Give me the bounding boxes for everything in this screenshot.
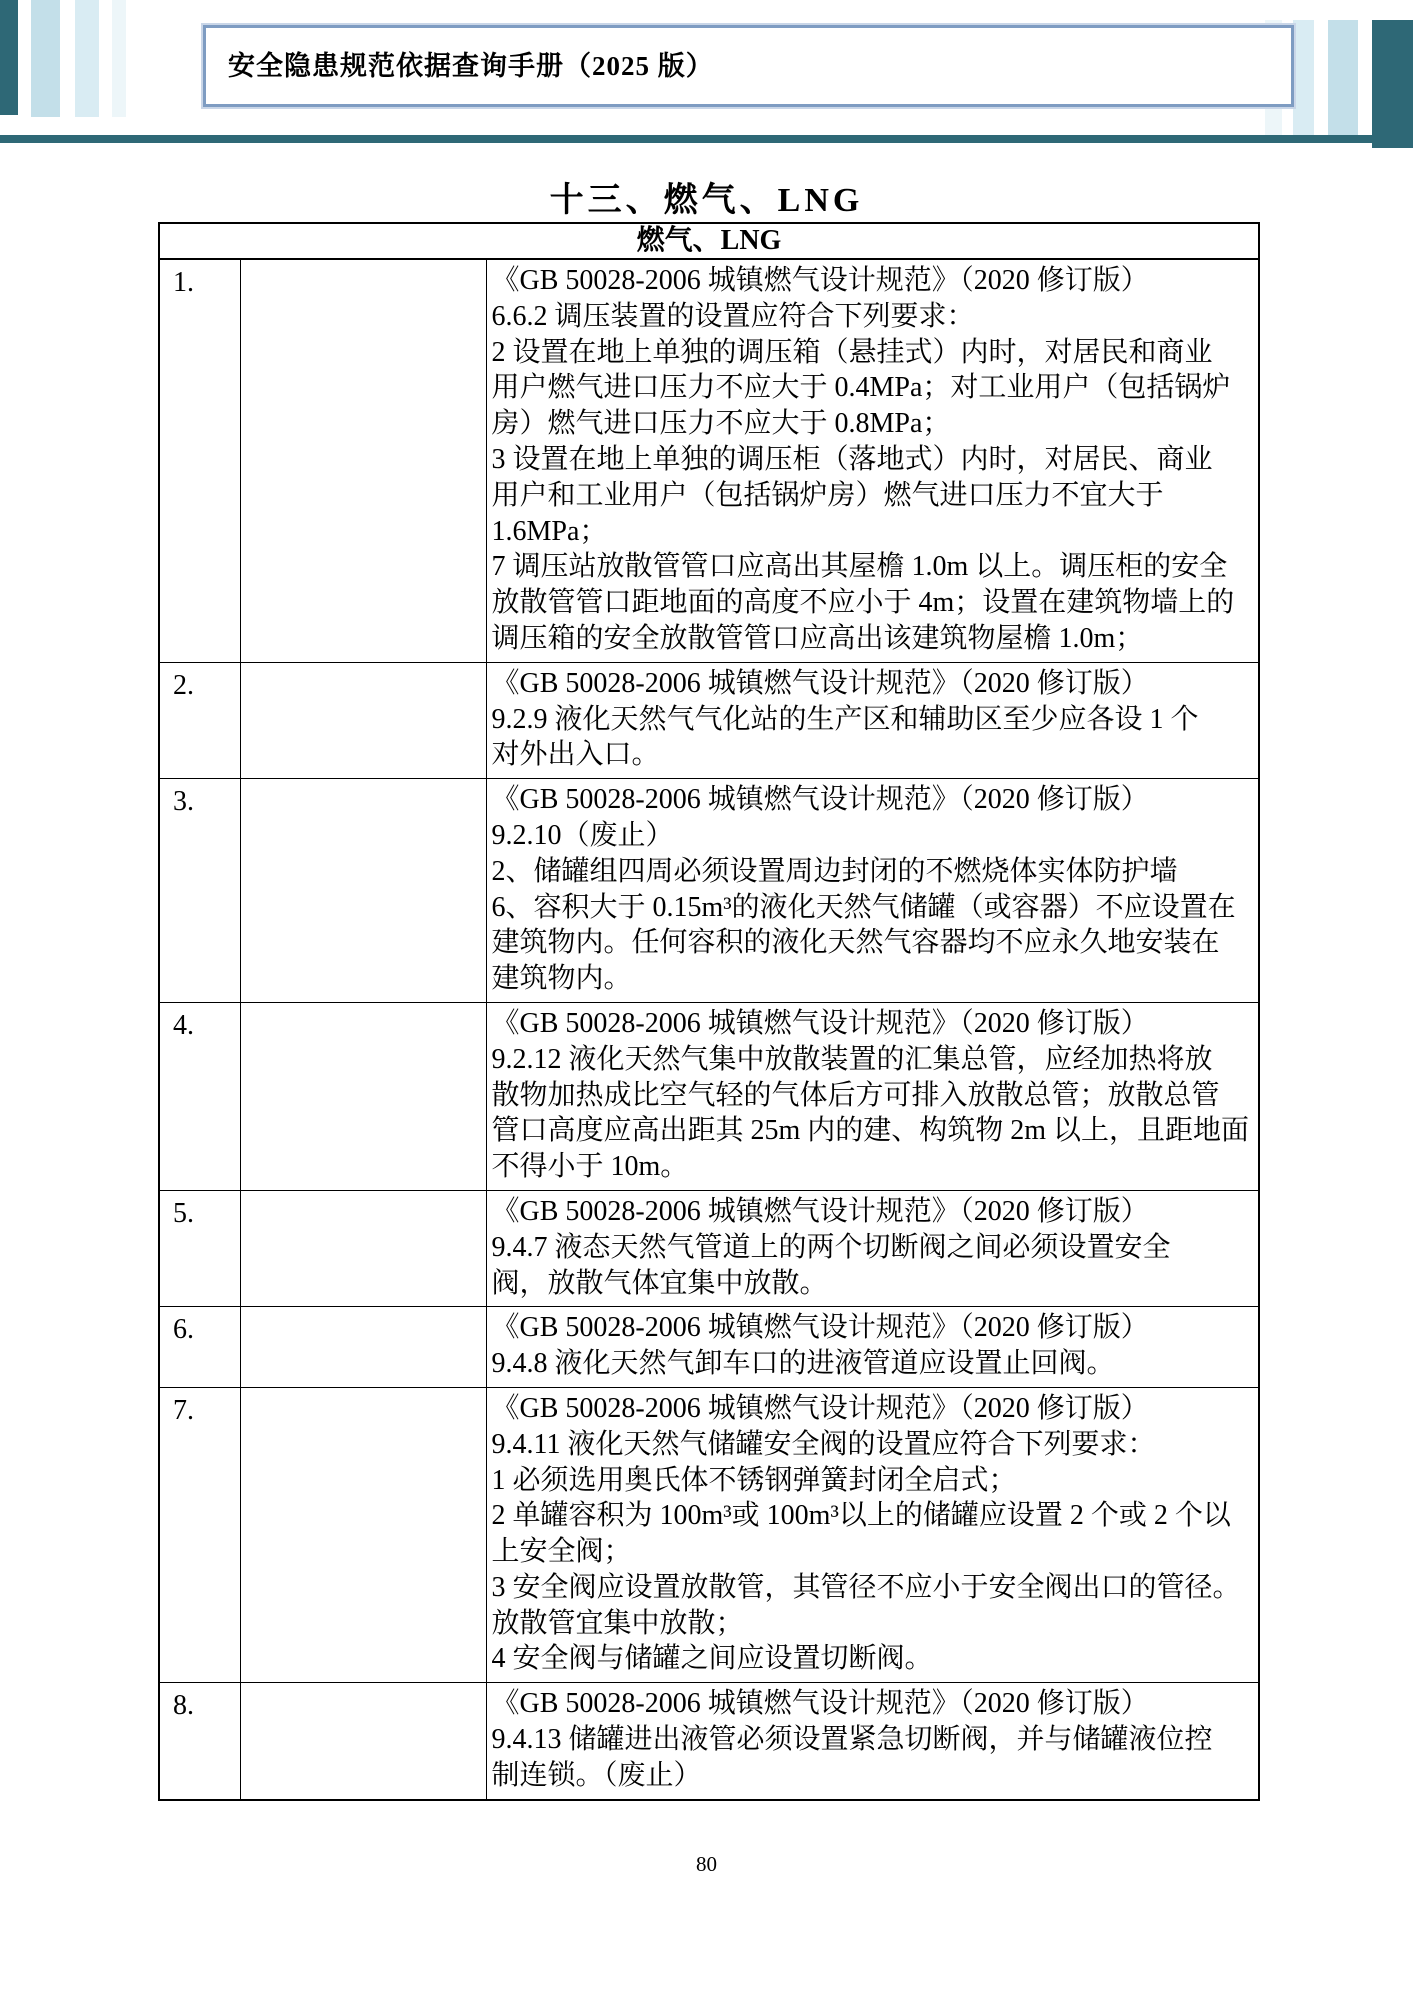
content-line: 上安全阀； xyxy=(492,1534,1257,1570)
row-content: 《GB 50028-2006 城镇燃气设计规范》（2020 修订版）9.4.8 … xyxy=(486,1307,1259,1388)
header-divider-bar xyxy=(0,135,1413,143)
content-line: 9.4.8 液化天然气卸车口的进液管道应设置止回阀。 xyxy=(492,1346,1257,1382)
content-line: 《GB 50028-2006 城镇燃气设计规范》（2020 修订版） xyxy=(492,263,1257,299)
content-line: 用户和工业用户（包括锅炉房）燃气进口压力不宜大于 xyxy=(492,478,1257,514)
row-number: 3. xyxy=(159,779,240,1003)
row-content: 《GB 50028-2006 城镇燃气设计规范》（2020 修订版）9.2.12… xyxy=(486,1002,1259,1190)
content-line: 《GB 50028-2006 城镇燃气设计规范》（2020 修订版） xyxy=(492,1686,1257,1722)
table-row: 5. 《GB 50028-2006 城镇燃气设计规范》（2020 修订版）9.4… xyxy=(159,1190,1259,1306)
content-line: 《GB 50028-2006 城镇燃气设计规范》（2020 修订版） xyxy=(492,1391,1257,1427)
row-content: 《GB 50028-2006 城镇燃气设计规范》（2020 修订版）6.6.2 … xyxy=(486,259,1259,662)
table-title: 燃气、LNG xyxy=(159,223,1259,259)
row-category-cell xyxy=(240,779,486,1003)
content-line: 阀，放散气体宜集中放散。 xyxy=(492,1266,1257,1302)
content-line: 1.6MPa； xyxy=(492,514,1257,550)
content-line: 1 必须选用奥氏体不锈钢弹簧封闭全启式； xyxy=(492,1463,1257,1499)
row-category-cell xyxy=(240,662,486,778)
table-row: 4. 《GB 50028-2006 城镇燃气设计规范》（2020 修订版）9.2… xyxy=(159,1002,1259,1190)
table-row: 1. 《GB 50028-2006 城镇燃气设计规范》（2020 修订版）6.6… xyxy=(159,259,1259,662)
content-line: 9.2.12 液化天然气集中放散装置的汇集总管，应经加热将放 xyxy=(492,1042,1257,1078)
row-category-cell xyxy=(240,1190,486,1306)
content-line: 放散管宜集中放散； xyxy=(492,1606,1257,1642)
right-accent-bar xyxy=(1372,20,1413,148)
content-line: 《GB 50028-2006 城镇燃气设计规范》（2020 修订版） xyxy=(492,1006,1257,1042)
row-number: 6. xyxy=(159,1307,240,1388)
table-head: 燃气、LNG xyxy=(159,223,1259,259)
row-number: 4. xyxy=(159,1002,240,1190)
table-header-row: 燃气、LNG xyxy=(159,223,1259,259)
row-number: 1. xyxy=(159,259,240,662)
section-title: 十三、燃气、LNG xyxy=(0,172,1413,221)
table-row: 2. 《GB 50028-2006 城镇燃气设计规范》（2020 修订版）9.2… xyxy=(159,662,1259,778)
row-number: 8. xyxy=(159,1683,240,1800)
row-content: 《GB 50028-2006 城镇燃气设计规范》（2020 修订版）9.4.11… xyxy=(486,1387,1259,1682)
content-line: 不得小于 10m。 xyxy=(492,1149,1257,1185)
content-line: 3 安全阀应设置放散管，其管径不应小于安全阀出口的管径。 xyxy=(492,1570,1257,1606)
content-line: 散物加热成比空气轻的气体后方可排入放散总管；放散总管 xyxy=(492,1078,1257,1114)
left-stripe-light xyxy=(75,0,99,117)
table-row: 8. 《GB 50028-2006 城镇燃气设计规范》（2020 修订版）9.4… xyxy=(159,1683,1259,1800)
content-line: 9.4.7 液态天然气管道上的两个切断阀之间必须设置安全 xyxy=(492,1230,1257,1266)
row-content: 《GB 50028-2006 城镇燃气设计规范》（2020 修订版）9.4.7 … xyxy=(486,1190,1259,1306)
content-line: 房）燃气进口压力不应大于 0.8MPa； xyxy=(492,406,1257,442)
content-line: 制连锁。（废止） xyxy=(492,1758,1257,1794)
content-line: 7 调压站放散管管口应高出其屋檐 1.0m 以上。调压柜的安全 xyxy=(492,549,1257,585)
content-line: 放散管管口距地面的高度不应小于 4m；设置在建筑物墙上的 xyxy=(492,585,1257,621)
content-line: 2 设置在地上单独的调压箱（悬挂式）内时，对居民和商业 xyxy=(492,335,1257,371)
manual-title-box: 安全隐患规范依据查询手册（2025 版） xyxy=(203,25,1294,107)
content-line: 用户燃气进口压力不应大于 0.4MPa；对工业用户（包括锅炉 xyxy=(492,370,1257,406)
row-number: 2. xyxy=(159,662,240,778)
left-stripe-lightest xyxy=(112,0,126,117)
row-category-cell xyxy=(240,1387,486,1682)
row-content: 《GB 50028-2006 城镇燃气设计规范》（2020 修订版）9.2.9 … xyxy=(486,662,1259,778)
row-category-cell xyxy=(240,259,486,662)
content-line: 《GB 50028-2006 城镇燃气设计规范》（2020 修订版） xyxy=(492,666,1257,702)
left-stripe-medium xyxy=(31,0,60,117)
content-line: 2 单罐容积为 100m³或 100m³以上的储罐应设置 2 个或 2 个以 xyxy=(492,1498,1257,1534)
content-line: 4 安全阀与储罐之间应设置切断阀。 xyxy=(492,1641,1257,1677)
content-line: 《GB 50028-2006 城镇燃气设计规范》（2020 修订版） xyxy=(492,1310,1257,1346)
row-category-cell xyxy=(240,1683,486,1800)
row-number: 5. xyxy=(159,1190,240,1306)
content-line: 调压箱的安全放散管管口应高出该建筑物屋檐 1.0m； xyxy=(492,621,1257,657)
table-row: 7. 《GB 50028-2006 城镇燃气设计规范》（2020 修订版）9.4… xyxy=(159,1387,1259,1682)
content-line: 9.4.13 储罐进出液管必须设置紧急切断阀，并与储罐液位控 xyxy=(492,1722,1257,1758)
row-content: 《GB 50028-2006 城镇燃气设计规范》（2020 修订版）9.2.10… xyxy=(486,779,1259,1003)
page-number: 80 xyxy=(0,1852,1413,1877)
content-line: 《GB 50028-2006 城镇燃气设计规范》（2020 修订版） xyxy=(492,1194,1257,1230)
content-line: 2、储罐组四周必须设置周边封闭的不燃烧体实体防护墙 xyxy=(492,854,1257,890)
manual-title: 安全隐患规范依据查询手册（2025 版） xyxy=(228,51,714,81)
content-line: 9.2.9 液化天然气气化站的生产区和辅助区至少应各设 1 个 xyxy=(492,702,1257,738)
content-line: 《GB 50028-2006 城镇燃气设计规范》（2020 修订版） xyxy=(492,782,1257,818)
content-line: 建筑物内。 xyxy=(492,961,1257,997)
content-line: 对外出入口。 xyxy=(492,737,1257,773)
content-line: 9.2.10（废止） xyxy=(492,818,1257,854)
content-line: 9.4.11 液化天然气储罐安全阀的设置应符合下列要求： xyxy=(492,1427,1257,1463)
content-line: 建筑物内。任何容积的液化天然气容器均不应永久地安装在 xyxy=(492,925,1257,961)
row-number: 7. xyxy=(159,1387,240,1682)
row-content: 《GB 50028-2006 城镇燃气设计规范》（2020 修订版）9.4.13… xyxy=(486,1683,1259,1800)
row-category-cell xyxy=(240,1307,486,1388)
content-line: 管口高度应高出距其 25m 内的建、构筑物 2m 以上，且距地面 xyxy=(492,1113,1257,1149)
right-stripe-light xyxy=(1293,20,1314,137)
content-line: 3 设置在地上单独的调压柜（落地式）内时，对居民、商业 xyxy=(492,442,1257,478)
right-stripe-medium xyxy=(1328,20,1358,137)
table-row: 3. 《GB 50028-2006 城镇燃气设计规范》（2020 修订版）9.2… xyxy=(159,779,1259,1003)
content-line: 6、容积大于 0.15m³的液化天然气储罐（或容器）不应设置在 xyxy=(492,890,1257,926)
content-line: 6.6.2 调压装置的设置应符合下列要求： xyxy=(492,299,1257,335)
row-category-cell xyxy=(240,1002,486,1190)
document-page: 安全隐患规范依据查询手册（2025 版） 十三、燃气、LNG 燃气、LNG 1.… xyxy=(0,0,1413,2000)
left-accent-bar xyxy=(0,0,18,115)
table-body: 1. 《GB 50028-2006 城镇燃气设计规范》（2020 修订版）6.6… xyxy=(159,259,1259,1800)
table-row: 6. 《GB 50028-2006 城镇燃气设计规范》（2020 修订版）9.4… xyxy=(159,1307,1259,1388)
regulation-table: 燃气、LNG 1. 《GB 50028-2006 城镇燃气设计规范》（2020 … xyxy=(158,222,1260,1801)
